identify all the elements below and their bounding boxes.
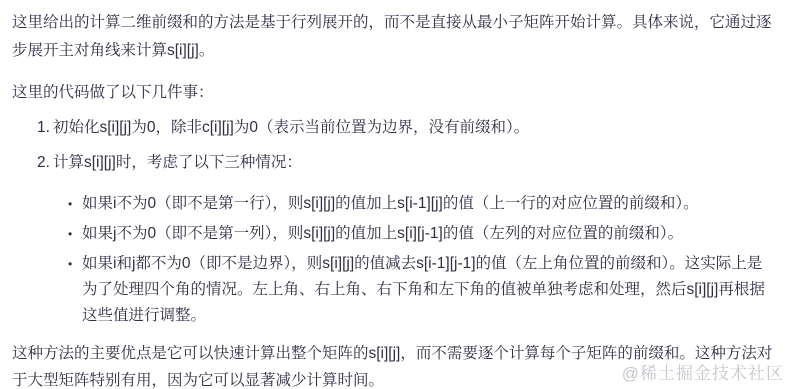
article-content: 这里给出的计算二维前缀和的方法是基于行列展开的，而不是直接从最小子矩阵开始计算。… [0,0,789,389]
bullet-icon: • [68,191,82,217]
step-number: 2. [37,149,53,177]
case-item-1: • 如果i不为0（即不是第一行），则s[i][j]的值加上s[i-1][j]的值… [68,191,775,217]
step-text: 计算s[i][j]时，考虑了以下三种情况： [53,149,775,177]
case-text: 如果i和j都不为0（即不是边界），则s[i][j]的值减去s[i-1][j-1]… [82,251,775,329]
step-number: 1. [37,114,53,142]
watermark: @稀土掘金技术社区 [622,359,784,384]
case-item-3: • 如果i和j都不为0（即不是边界），则s[i][j]的值减去s[i-1][j-… [68,251,775,329]
bullet-icon: • [68,251,82,329]
step-item-1: 1. 初始化s[i][j]为0，除非c[i][j]为0（表示当前位置为边界，没有… [37,114,775,142]
step-text: 初始化s[i][j]为0，除非c[i][j]为0（表示当前位置为边界，没有前缀和… [53,114,775,142]
cases-list: • 如果i不为0（即不是第一行），则s[i][j]的值加上s[i-1][j]的值… [68,191,775,329]
steps-list: 1. 初始化s[i][j]为0，除非c[i][j]为0（表示当前位置为边界，没有… [37,114,775,177]
case-item-2: • 如果j不为0（即不是第一列），则s[i][j]的值加上s[i][j-1]的值… [68,221,775,247]
bullet-icon: • [68,221,82,247]
lead-in-paragraph: 这里的代码做了以下几件事： [12,79,775,107]
case-text: 如果j不为0（即不是第一列），则s[i][j]的值加上s[i][j-1]的值（左… [82,221,775,247]
step-item-2: 2. 计算s[i][j]时，考虑了以下三种情况： [37,149,775,177]
intro-paragraph: 这里给出的计算二维前缀和的方法是基于行列展开的，而不是直接从最小子矩阵开始计算。… [12,9,775,65]
case-text: 如果i不为0（即不是第一行），则s[i][j]的值加上s[i-1][j]的值（上… [82,191,775,217]
